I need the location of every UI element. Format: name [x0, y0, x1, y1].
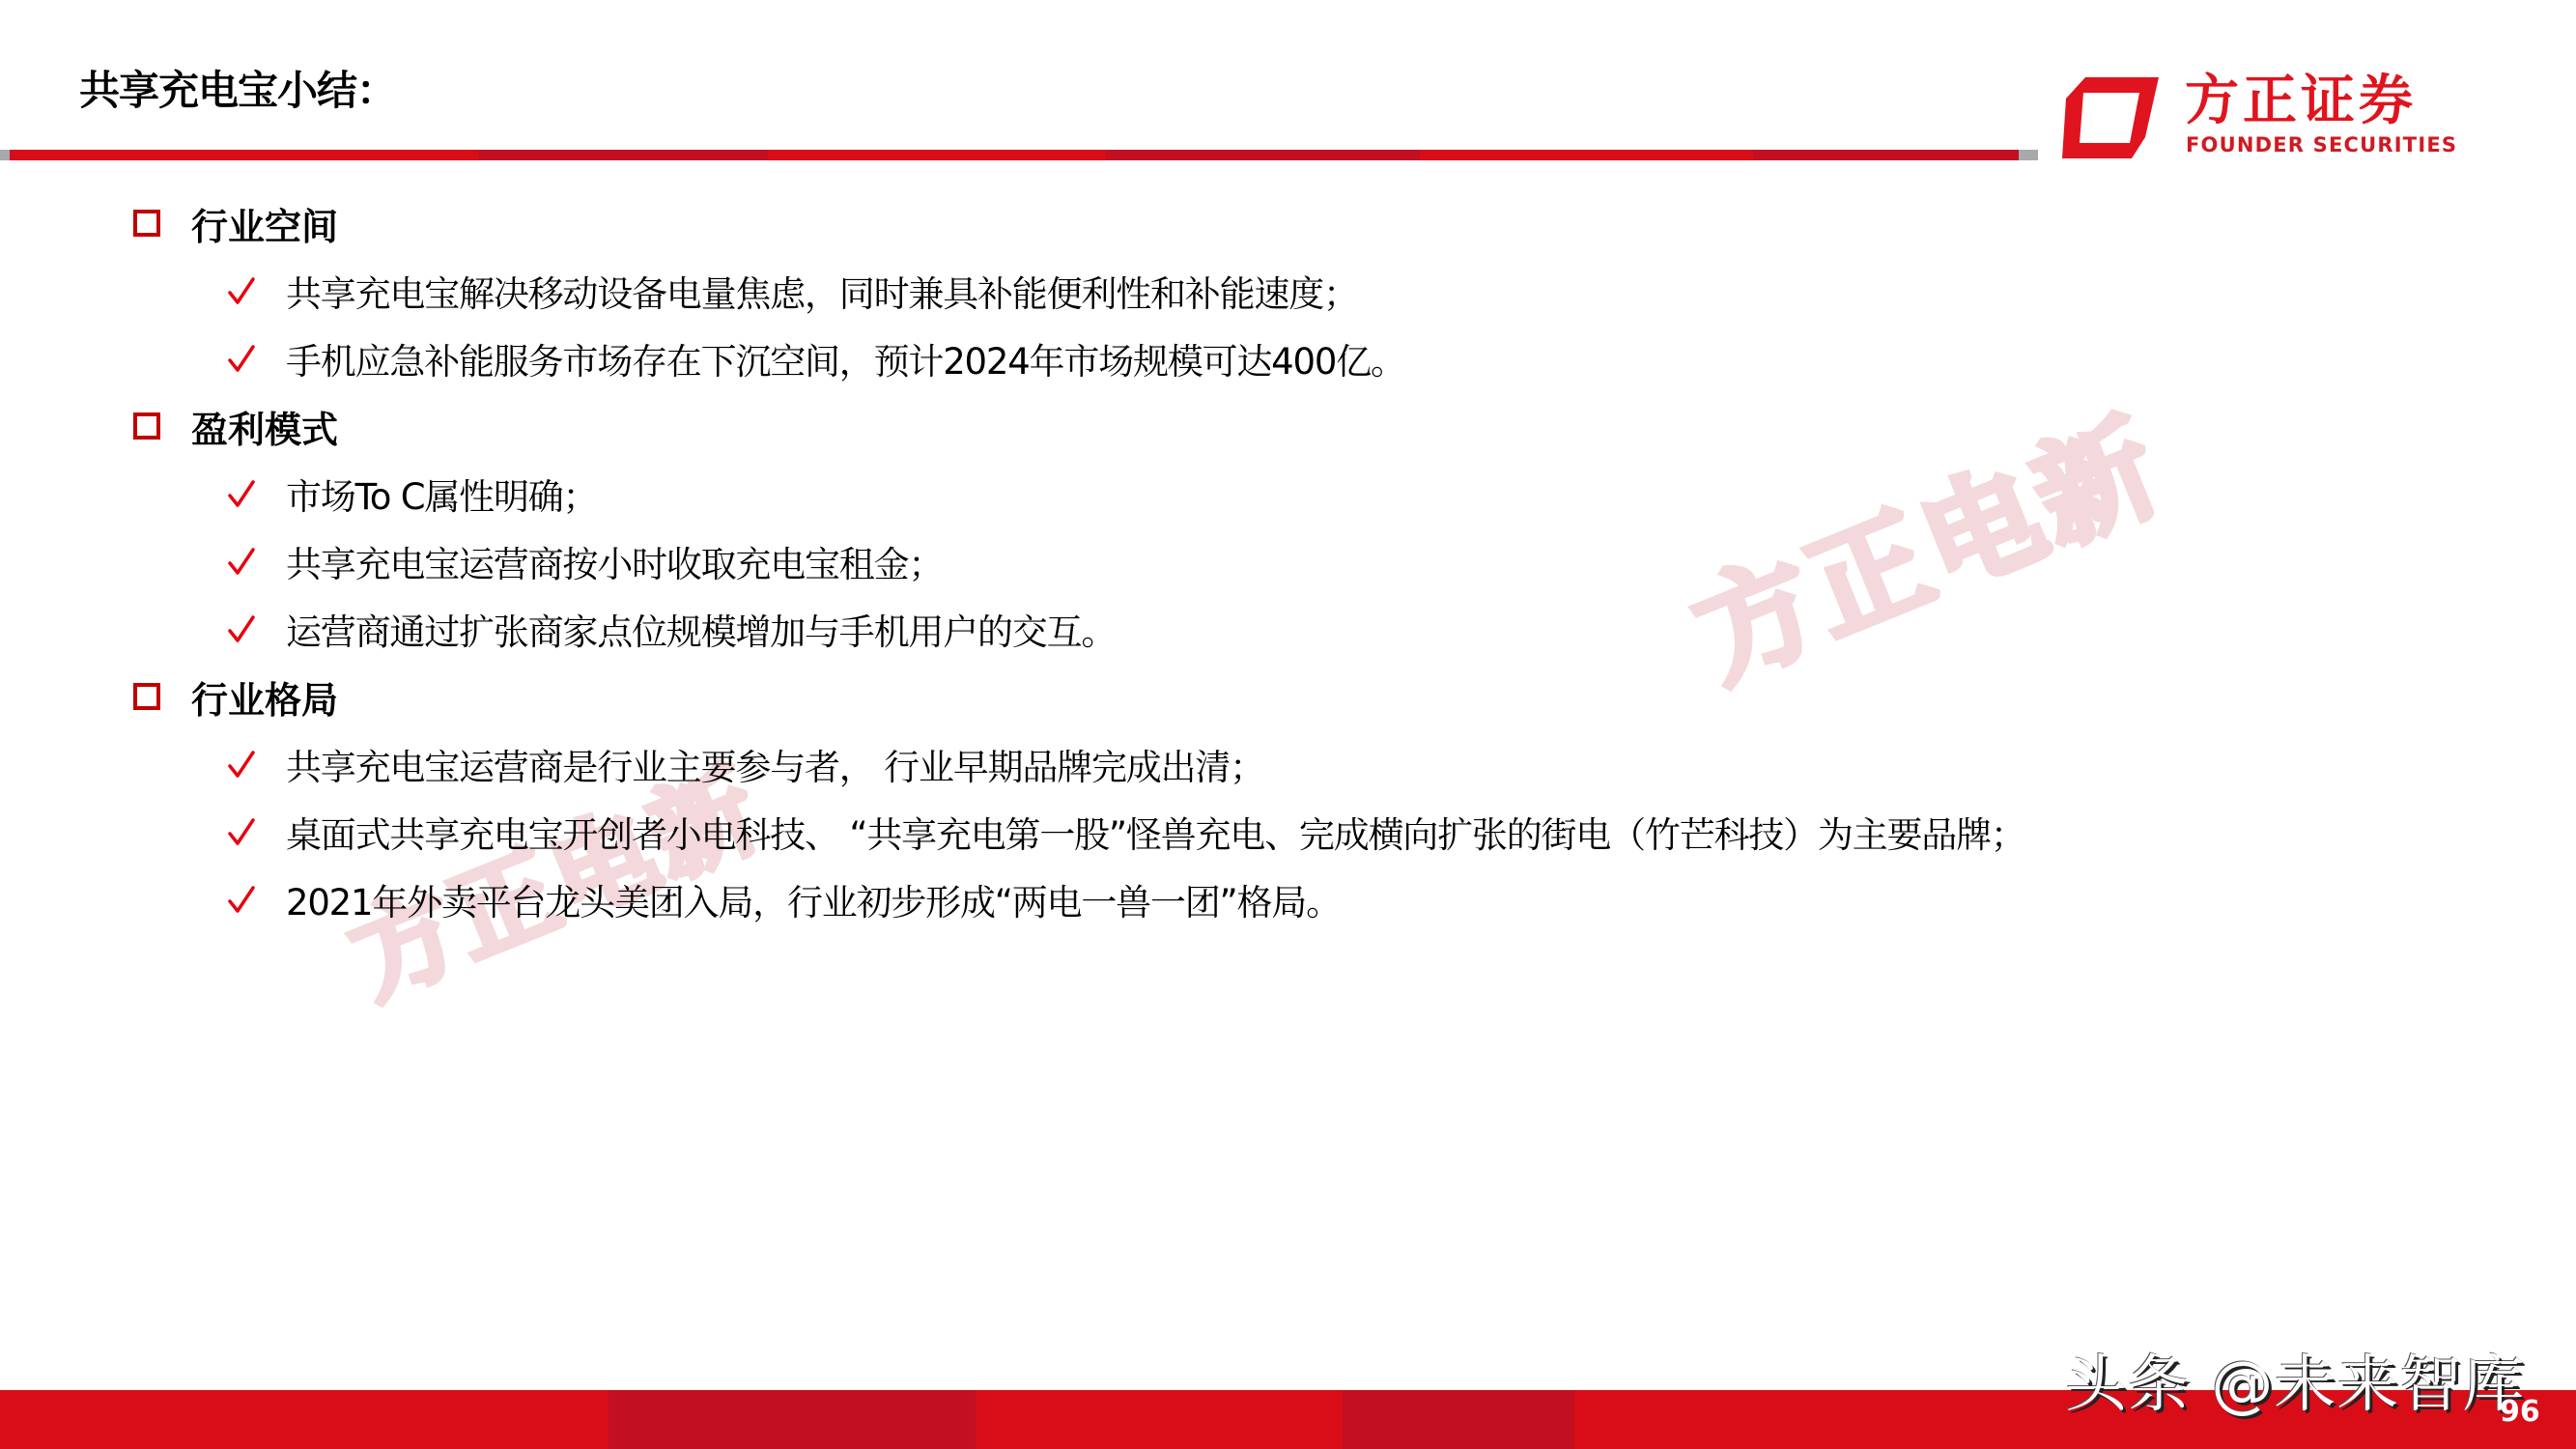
section-heading-text: 盈利模式: [191, 400, 338, 453]
section-heading-text: 行业空间: [191, 197, 338, 250]
check-mark-icon: [228, 344, 255, 373]
logo-english-text: FOUNDER SECURITIES: [2186, 133, 2457, 156]
hollow-square-icon: [133, 412, 160, 440]
list-item: 共享充电宝解决移动设备电量焦虑，同时兼具补能便利性和补能速度；: [228, 267, 1358, 315]
list-item-text: 2021年外卖平台龙头美团入局，行业初步形成“两电一兽一团”格局。: [286, 873, 1341, 925]
logo-chinese-text: 方正证券: [2185, 71, 2417, 131]
list-item: 桌面式共享充电宝开创者小电科技、 “共享充电第一股”怪兽充电、完成横向扩张的街电…: [228, 808, 2025, 856]
list-item: 运营商通过扩张商家点位规模增加与手机用户的交互。: [228, 605, 1116, 653]
founder-logo-mark-icon: [2062, 77, 2159, 158]
section-heading-text: 行业格局: [191, 670, 338, 724]
list-item-text: 共享充电宝运营商按小时收取充电宝租金；: [286, 535, 943, 587]
list-item: 共享充电宝运营商是行业主要参与者， 行业早期品牌完成出清；: [228, 740, 1264, 788]
check-mark-icon: [228, 614, 255, 643]
check-mark-icon: [228, 750, 255, 779]
hollow-square-icon: [133, 210, 160, 237]
list-item: 共享充电宝运营商按小时收取充电宝租金；: [228, 537, 943, 585]
section-heading-profit-model: 盈利模式: [133, 402, 338, 450]
list-item: 2021年外卖平台龙头美团入局，行业初步形成“两电一兽一团”格局。: [228, 875, 1341, 923]
list-item-text: 运营商通过扩张商家点位规模增加与手机用户的交互。: [286, 603, 1116, 655]
list-item-text: 桌面式共享充电宝开创者小电科技、 “共享充电第一股”怪兽充电、完成横向扩张的街电…: [286, 806, 2025, 858]
check-mark-icon: [228, 547, 255, 576]
section-heading-industry-landscape: 行业格局: [133, 672, 338, 721]
header-bar-left-stub: [0, 150, 10, 160]
founder-securities-logo: 方正证券 FOUNDER SECURITIES: [2062, 75, 2487, 162]
list-item: 手机应急补能服务市场存在下沉空间，预计2024年市场规模可达400亿。: [228, 334, 1405, 383]
list-item-text: 共享充电宝运营商是行业主要参与者， 行业早期品牌完成出清；: [286, 738, 1264, 790]
check-mark-icon: [228, 276, 255, 305]
page-number: 96: [2500, 1395, 2540, 1430]
header-bar-right-stub: [2019, 150, 2038, 160]
list-item-text: 共享充电宝解决移动设备电量焦虑，同时兼具补能便利性和补能速度；: [286, 265, 1358, 317]
brand-watermark: 方正电新: [1669, 374, 2183, 710]
check-mark-icon: [228, 479, 255, 508]
list-item-text: 手机应急补能服务市场存在下沉空间，预计2024年市场规模可达400亿。: [286, 332, 1405, 384]
check-mark-icon: [228, 817, 255, 846]
list-item: 市场To C属性明确；: [228, 469, 597, 518]
section-heading-industry-space: 行业空间: [133, 199, 338, 247]
header-divider-bar: [10, 150, 2019, 160]
slide-title: 共享充电宝小结：: [79, 62, 396, 120]
source-watermark: 头条 @未来智库: [2065, 1335, 2525, 1424]
hollow-square-icon: [133, 683, 160, 710]
check-mark-icon: [228, 885, 255, 914]
list-item-text: 市场To C属性明确；: [286, 468, 597, 520]
